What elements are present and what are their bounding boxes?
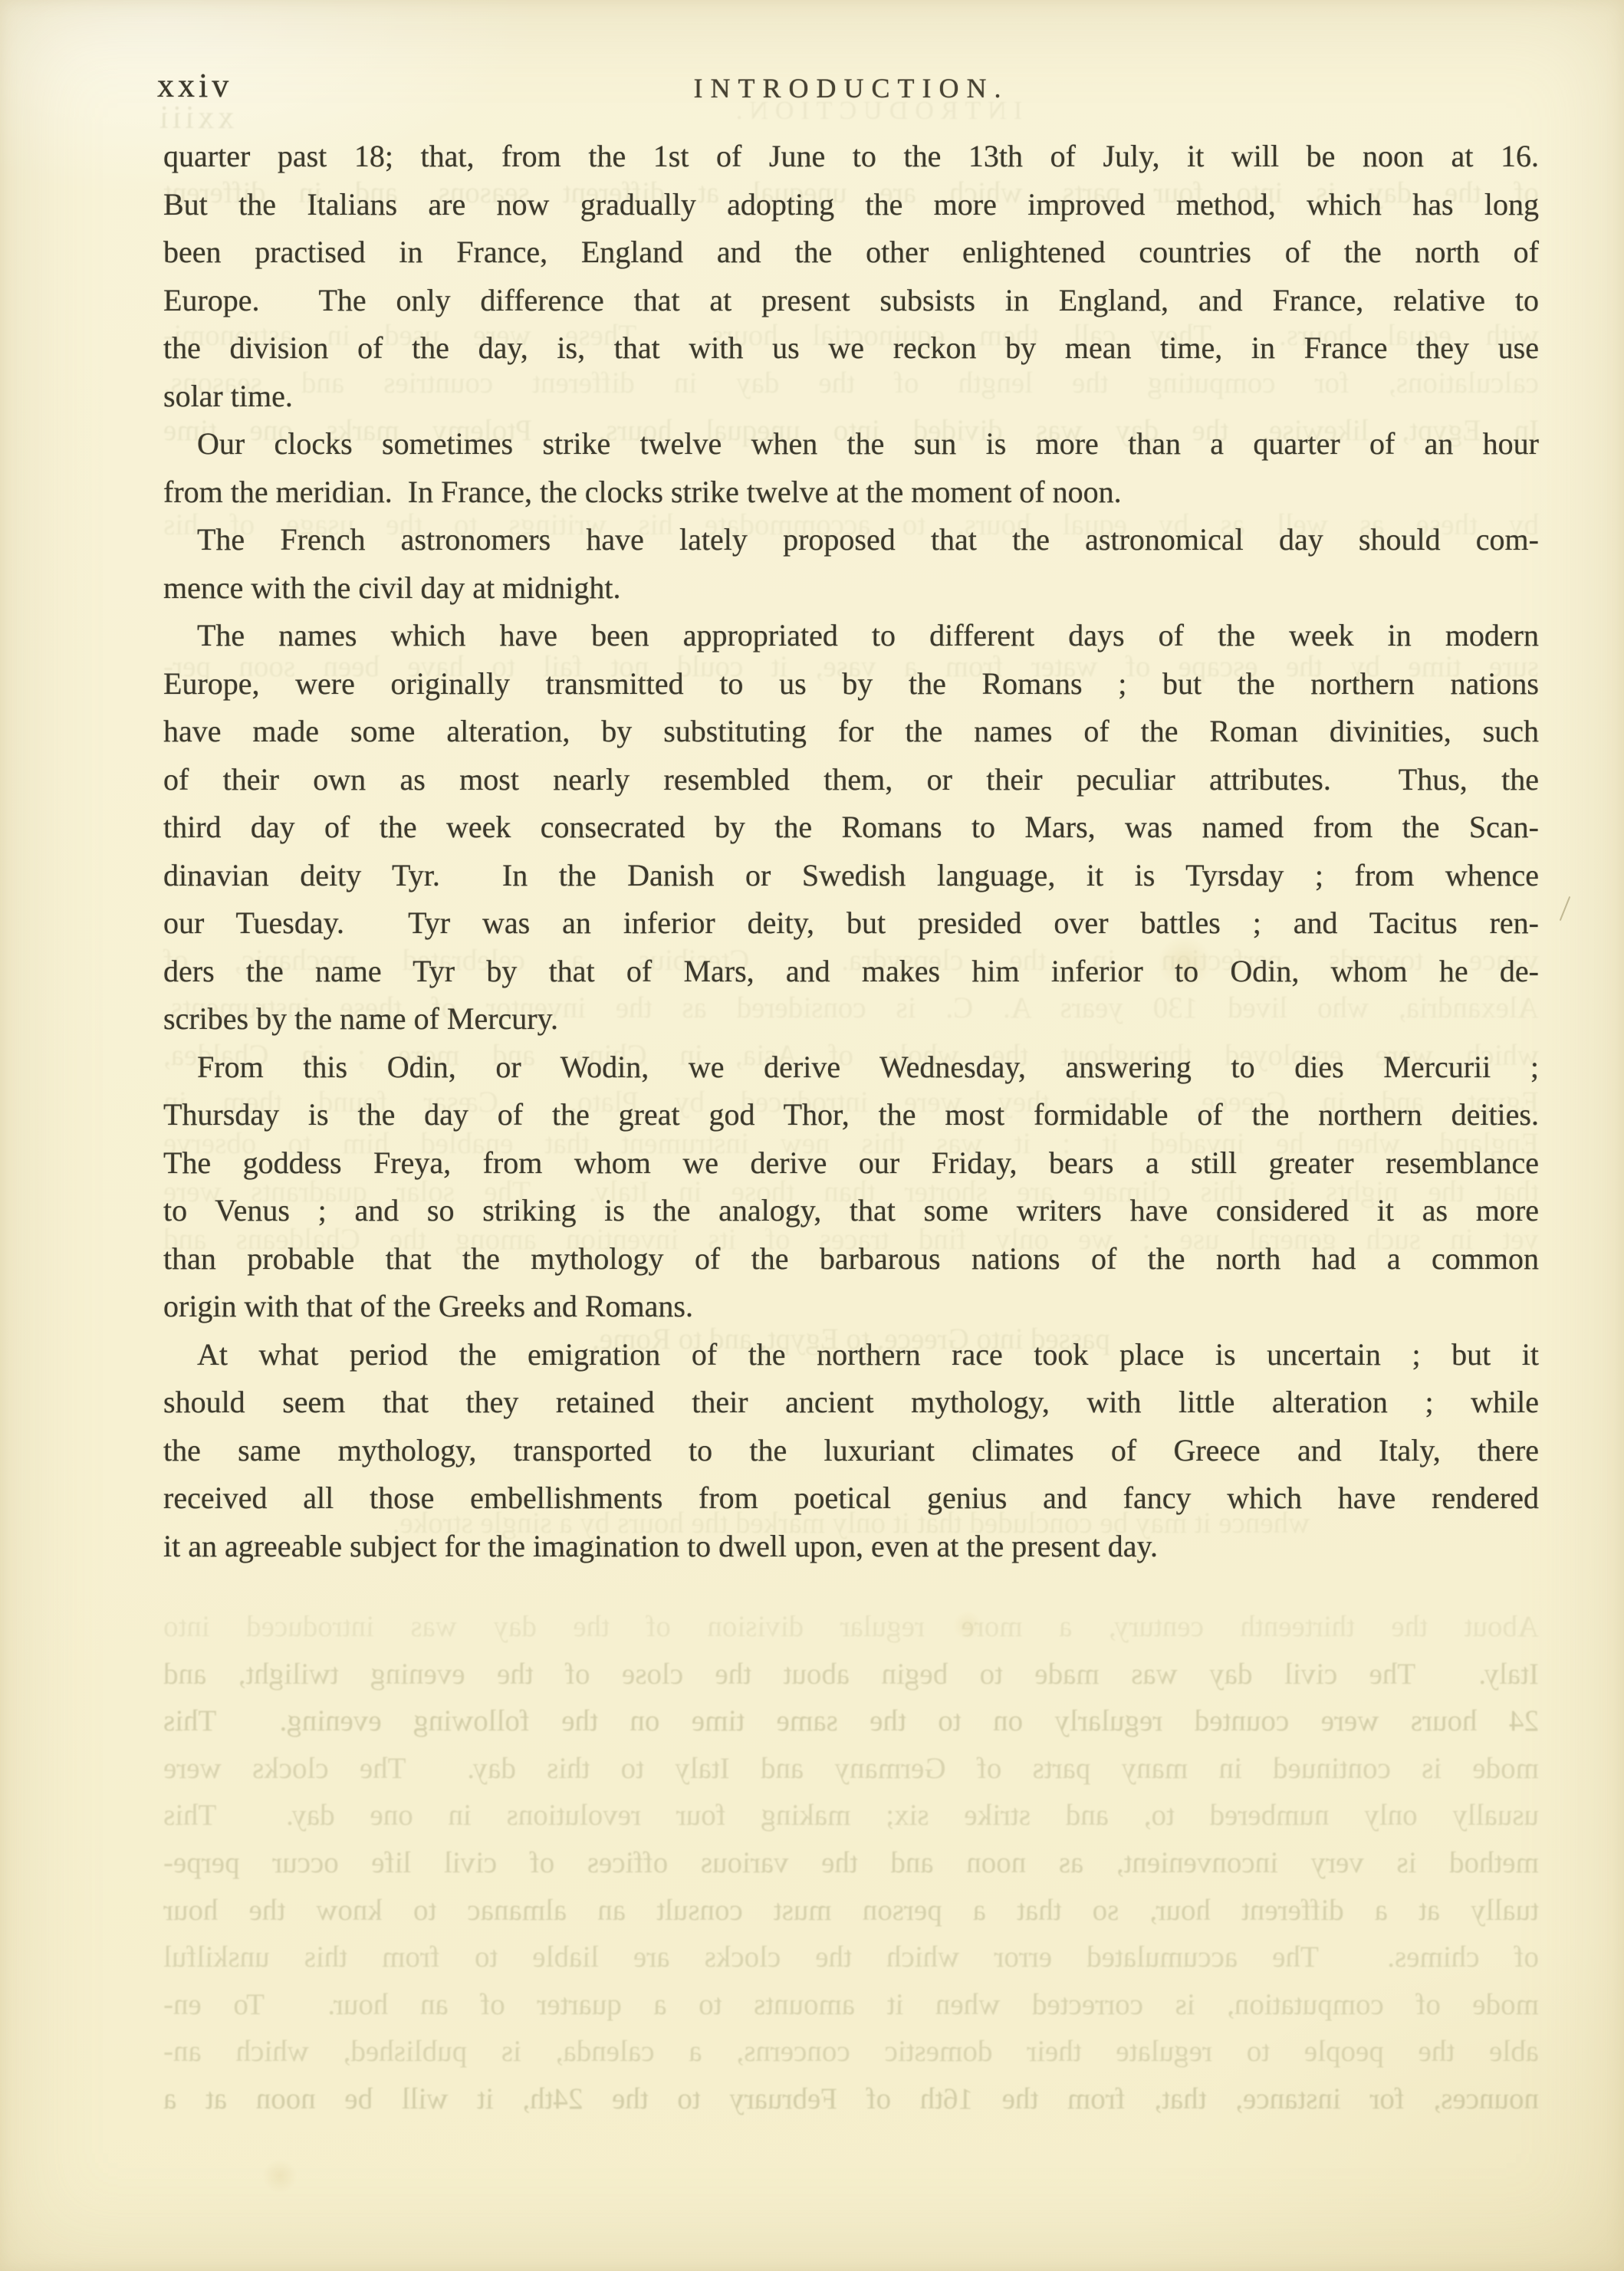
bleed-through-line: 24 hours were counted regularly on to th… [163,1698,1539,1744]
text-line: ders the name Tyr by that of Mars, and m… [163,948,1539,996]
text-line: from the meridian. In France, the clocks… [163,468,1539,517]
text-line: The goddess Freya, from whom we derive o… [163,1139,1539,1188]
text-line: origin with that of the Greeks and Roman… [163,1283,1539,1331]
bleed-through-line: nounces, for instance, that, from the 16… [163,2076,1539,2122]
text-line: our Tuesday. Tyr was an inferior deity, … [163,899,1539,948]
running-header-title: INTRODUCTION. [163,74,1539,102]
text-line: The French astronomers have lately propo… [163,516,1539,564]
paper-scratch-mark [1560,896,1571,921]
text-line: third day of the week consecrated by the… [163,804,1539,852]
text-line: scribes by the name of Mercury. [163,995,1539,1043]
bleed-through-line: of chimes. The accumulated error which t… [163,1934,1539,1980]
text-line: been practised in France, England and th… [163,228,1539,277]
text-line: Europe, were originally transmitted to u… [163,660,1539,708]
text-line: it an agreeable subject for the imaginat… [163,1523,1539,1571]
text-line: Our clocks sometimes strike twelve when … [163,420,1539,468]
text-line: mence with the civil day at midnight. [163,564,1539,613]
main-text-block: quarter past 18; that, from the 1st of J… [163,133,1539,1570]
text-line: should seem that they retained their anc… [163,1379,1539,1427]
text-line: But the Italians are now gradually adopt… [163,181,1539,229]
text-line: solar time. [163,373,1539,421]
bleed-through-line: mode is continued in many parts of Germa… [163,1746,1539,1792]
text-line: quarter past 18; that, from the 1st of J… [163,133,1539,181]
bleed-through-line: Italy. The civil day was made to begin a… [163,1651,1539,1697]
bleed-through-line: mode of computation, is corrected when i… [163,1982,1539,2028]
text-line: From this Odin, or Wodin, we derive Wedn… [163,1043,1539,1092]
bleed-through-line: tually at a different hour, so that a pe… [163,1888,1539,1934]
text-line: Europe. The only difference that at pres… [163,277,1539,325]
bleed-through-line: usually only numbered to, and strike six… [163,1793,1539,1839]
text-line: received all those embellishments from p… [163,1474,1539,1523]
text-line: the same mythology, transported to the l… [163,1427,1539,1475]
book-page: xxiii INTRODUCTION. of the day is into f… [0,0,1624,2271]
text-line: the division of the day, is, that with u… [163,324,1539,373]
text-line: than probable that the mythology of the … [163,1235,1539,1283]
text-line: The names which have been appropriated t… [163,612,1539,660]
bleed-through-line: About the thirteenth century, a more reg… [163,1604,1539,1650]
text-line: of their own as most nearly resembled th… [163,756,1539,804]
bleed-through-line: method is very inconvenient, as noon and… [163,1840,1539,1886]
text-line: to Venus ; and so striking is the analog… [163,1187,1539,1235]
bleed-through-folio: xxiii [156,100,234,136]
text-line: dinavian deity Tyr. In the Danish or Swe… [163,852,1539,900]
bleed-through-line: able the people to regulate their domest… [163,2029,1539,2075]
text-line: At what period the emigration of the nor… [163,1331,1539,1379]
text-line: Thursday is the day of the great god Tho… [163,1091,1539,1139]
text-line: have made some alteration, by substituti… [163,708,1539,756]
